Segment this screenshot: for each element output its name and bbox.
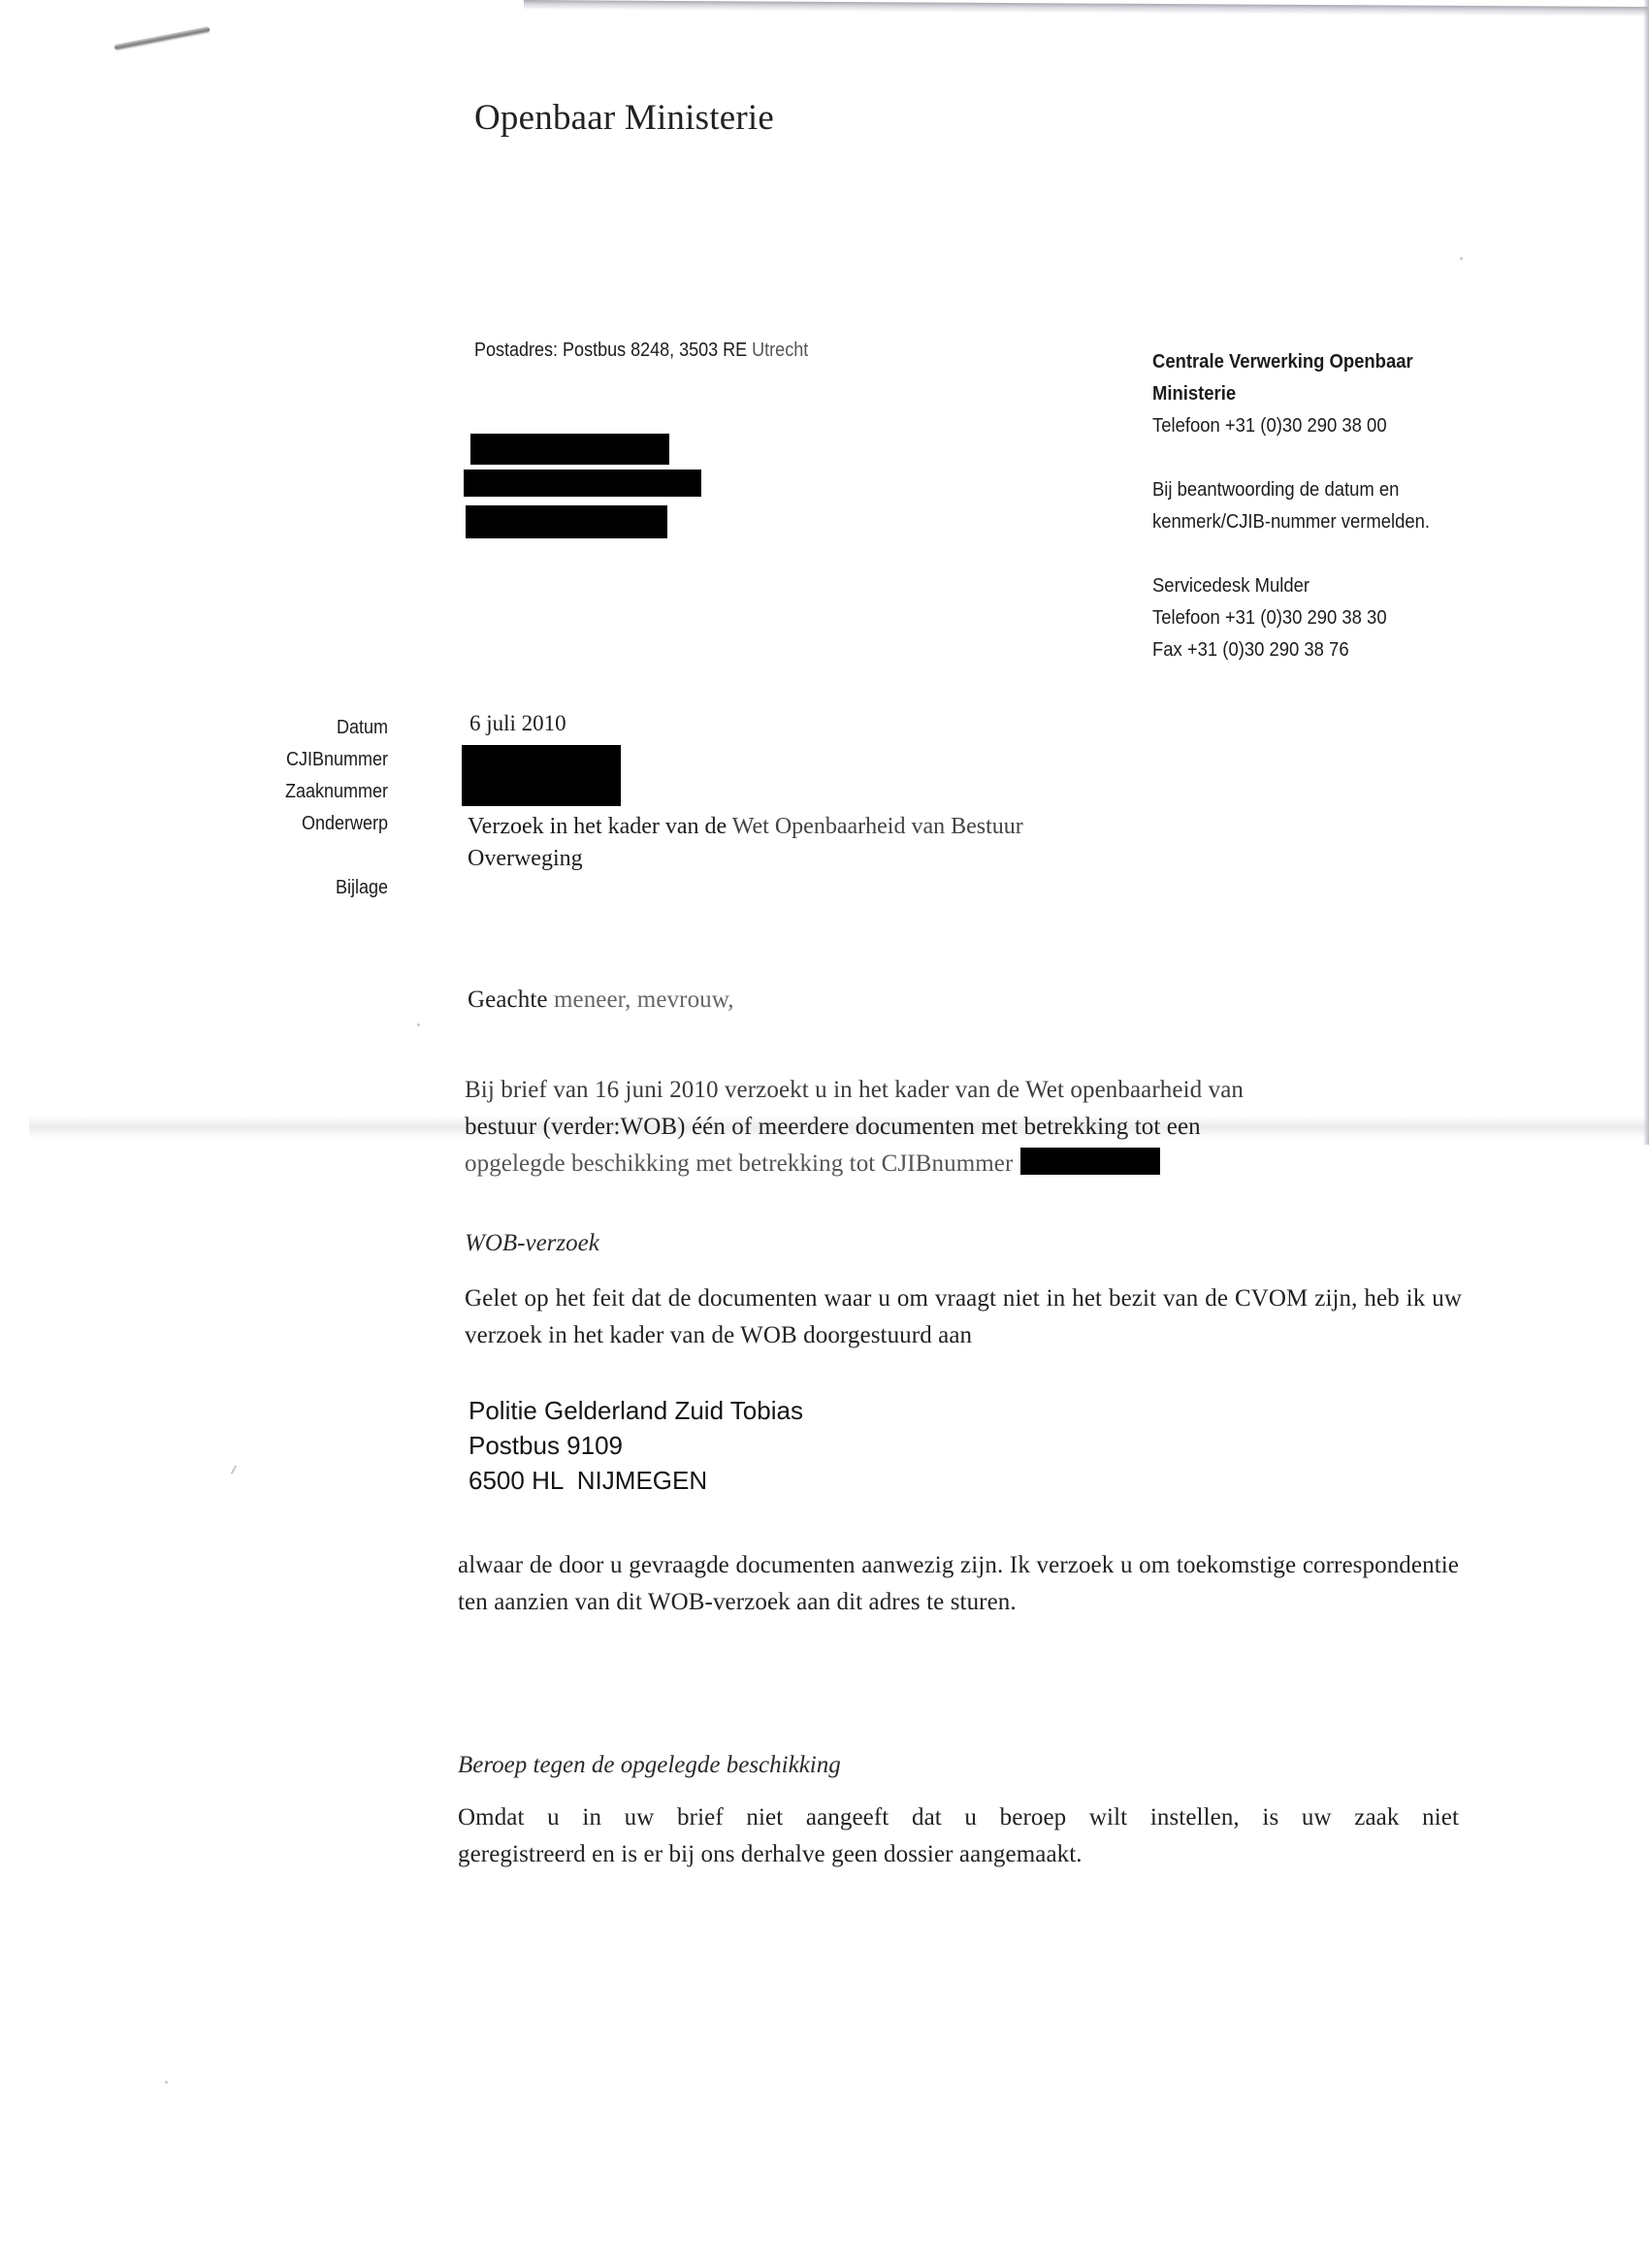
salutation-greeting: Geachte (468, 987, 548, 1013)
paragraph-line: geregistreerd en is er bij ons derhalve … (458, 1841, 1083, 1867)
salutation-addressee: meneer, mevrouw, (554, 987, 734, 1013)
address-line: 6500 HL NIJMEGEN (469, 1463, 803, 1498)
paragraph-request: Bij brief van 16 juni 2010 verzoekt u in… (465, 1072, 1464, 1183)
paragraph-line: bestuur (verder:WOB) één of meerdere doc… (465, 1109, 1464, 1146)
servicedesk-phone: Telefoon +31 (0)30 290 38 30 (1152, 601, 1430, 633)
paragraph-line: Omdat u in uw brief niet aangeeft dat u … (458, 1799, 1459, 1836)
onderwerp-law: Wet Openbaarheid van Bestuur (732, 814, 1023, 839)
paragraph-line: Bij brief van 16 juni 2010 verzoekt u in… (465, 1072, 1464, 1109)
servicedesk-name: Servicedesk Mulder (1152, 569, 1430, 601)
scan-speck (417, 1023, 420, 1026)
paragraph-line: opgelegde beschikking met betrekking tot… (465, 1150, 1013, 1177)
label-onderwerp: Onderwerp (213, 808, 388, 840)
sender-block: Centrale Verwerking Openbaar Ministerie … (1152, 345, 1430, 665)
label-zaaknummer: Zaaknummer (213, 776, 388, 808)
paragraph-forward: alwaar de door u gevraagde documenten aa… (458, 1547, 1459, 1621)
return-address: Postadres: Postbus 8248, 3503 RE Utrecht (474, 340, 808, 362)
address-line: Postbus 9109 (469, 1428, 803, 1463)
datum-value: 6 juli 2010 (469, 711, 566, 736)
section-heading-beroep: Beroep tegen de opgelegde beschikking (458, 1752, 841, 1779)
onderwerp-value: Verzoek in het kader van de Wet Openbaar… (468, 811, 1023, 875)
meta-labels: Datum CJIBnummer Zaaknummer Onderwerp Bi… (194, 712, 388, 904)
organization-title: Openbaar Ministerie (474, 97, 774, 139)
staple-mark (113, 26, 210, 50)
scan-right-edge-shadow (1643, 0, 1649, 1145)
reply-note-cont: kenmerk/CJIB-nummer vermelden. (1152, 505, 1430, 537)
salutation: Geachte meneer, mevrouw, (468, 982, 734, 1019)
return-address-label: Postadres: Postbus 8248, 3503 RE (474, 340, 747, 361)
paragraph-wob: Gelet op het feit dat de documenten waar… (465, 1280, 1462, 1354)
sender-phone: Telefoon +31 (0)30 290 38 00 (1152, 409, 1430, 441)
servicedesk-fax: Fax +31 (0)30 290 38 76 (1152, 633, 1430, 665)
cjib-number-redaction (1020, 1148, 1160, 1175)
paragraph-beroep: Omdat u in uw brief niet aangeeft dat u … (458, 1799, 1459, 1873)
scan-top-edge-shadow (524, 0, 1649, 16)
recipient-redaction (466, 505, 667, 538)
address-line: Politie Gelderland Zuid Tobias (469, 1393, 803, 1428)
label-cjibnummer: CJIBnummer (213, 744, 388, 776)
cjib-zaak-number-redaction (462, 745, 621, 806)
onderwerp-line2: Overweging (468, 843, 1023, 875)
onderwerp-text: Verzoek in het kader van de (468, 814, 727, 839)
label-bijlage: Bijlage (213, 872, 388, 904)
label-datum: Datum (213, 712, 388, 744)
scan-speck (231, 1465, 238, 1474)
recipient-redaction (470, 434, 669, 465)
sender-name: Centrale Verwerking Openbaar (1152, 345, 1430, 377)
sender-name-cont: Ministerie (1152, 377, 1430, 409)
forward-address: Politie Gelderland Zuid Tobias Postbus 9… (469, 1393, 803, 1498)
section-heading-wob: WOB-verzoek (465, 1230, 599, 1257)
scan-speck (1460, 257, 1463, 260)
recipient-redaction (464, 470, 701, 497)
return-address-city: Utrecht (752, 340, 808, 361)
scan-speck (165, 2081, 168, 2084)
reply-note: Bij beantwoording de datum en (1152, 473, 1430, 505)
